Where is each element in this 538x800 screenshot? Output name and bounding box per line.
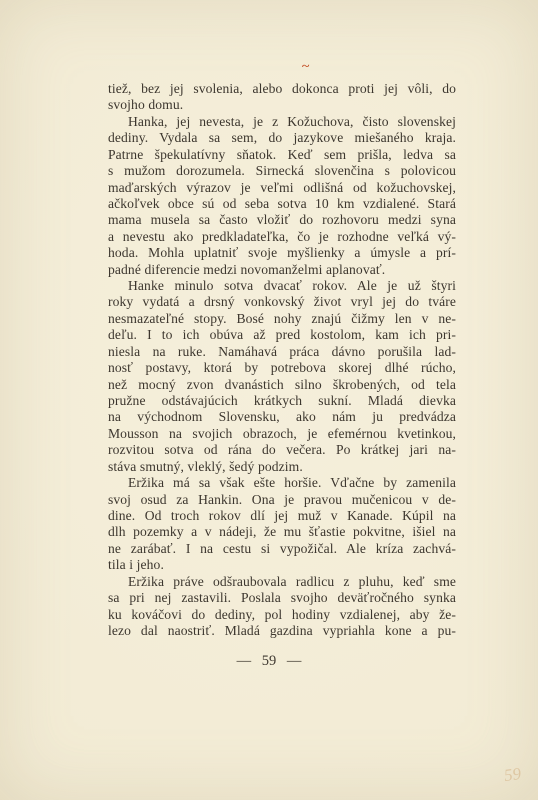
text-line: roky vydatá a drsný vonkovský život vryl… <box>108 294 456 310</box>
text-line: Eržika práve odšraubovala radlicu z pluh… <box>108 574 456 590</box>
page-number: — 59 — <box>0 653 538 670</box>
text-line: nesmazateľné stopy. Bosé nohy znajú čižm… <box>108 311 456 327</box>
text-line: tiež, bez jej svolenia, alebo dokonca pr… <box>108 81 456 97</box>
text-line: Eržika má sa však ešte horšie. Vďačne by… <box>108 475 456 491</box>
text-line: svojho domu. <box>108 97 456 113</box>
text-line: dine. Od troch rokov dlí jej muž v Kanad… <box>108 508 456 524</box>
text-line: ačkoľvek obce sú od seba sotva 10 km vzd… <box>108 196 456 212</box>
text-line: s mužom dorozumela. Sirnecká slovenčina … <box>108 163 456 179</box>
text-line: maďarských výrazov je veľmi odlišná od k… <box>108 180 456 196</box>
text-line: na východnom Slovensku, ako nám ju predv… <box>108 409 456 425</box>
text-line: deľu. I to ich obúva až pred kostolom, k… <box>108 327 456 343</box>
text-line: dlh pozemky a v nádeji, že mu šťastie po… <box>108 524 456 540</box>
text-line: Hanka, jej nevesta, je z Kožuchova, čist… <box>108 114 456 130</box>
text-line: nosť postavy, ktorá by potrebova skorej … <box>108 360 456 376</box>
text-line: sa pri nej zastavili. Poslala svojho dev… <box>108 590 456 606</box>
text-line: ku kováčovi do dediny, pol hodiny vzdial… <box>108 607 456 623</box>
red-ink-tick-mark: ~ <box>302 61 309 73</box>
text-line: lezo dal naostriť. Mladá gazdina vypriah… <box>108 623 456 639</box>
text-line: tila i jeho. <box>108 557 456 573</box>
text-line: stáva smutný, vleklý, šedý podzim. <box>108 459 456 475</box>
text-line: a nevestu ako predkladateľka, čo je rozh… <box>108 229 456 245</box>
text-line: než mocný zvon dvanástich silno škrobený… <box>108 377 456 393</box>
body-text: tiež, bez jej svolenia, alebo dokonca pr… <box>108 81 456 639</box>
text-line: Patrne špekulatívny sňatok. Keď sem priš… <box>108 147 456 163</box>
text-line: svoj osud za Hankin. Ona je pravou mučen… <box>108 492 456 508</box>
text-line: niesla na ruke. Namáhavá práca dávno por… <box>108 344 456 360</box>
text-line: pružne odstávajúcich krátkych sukní. Mla… <box>108 393 456 409</box>
text-line: mama musela sa často vložiť do rozhovoru… <box>108 212 456 228</box>
book-page: ~ tiež, bez jej svolenia, alebo dokonca … <box>0 0 538 800</box>
text-line: rozvitou sotva od rána do večera. Po krá… <box>108 442 456 458</box>
text-line: Mousson na svojich obrazoch, je efemérno… <box>108 426 456 442</box>
text-line: Hanke minulo sotva dvacať rokov. Ale je … <box>108 278 456 294</box>
pencil-annotation: 59 <box>503 765 522 784</box>
text-line: hoda. Mohla uplatniť svoje myšlienky a ú… <box>108 245 456 261</box>
text-line: padné diferencie medzi novomanželmi apla… <box>108 262 456 278</box>
text-line: dediny. Vydala sa sem, do jazykove mieša… <box>108 130 456 146</box>
text-line: ne zarábať. I na cestu si vypožičal. Ale… <box>108 541 456 557</box>
